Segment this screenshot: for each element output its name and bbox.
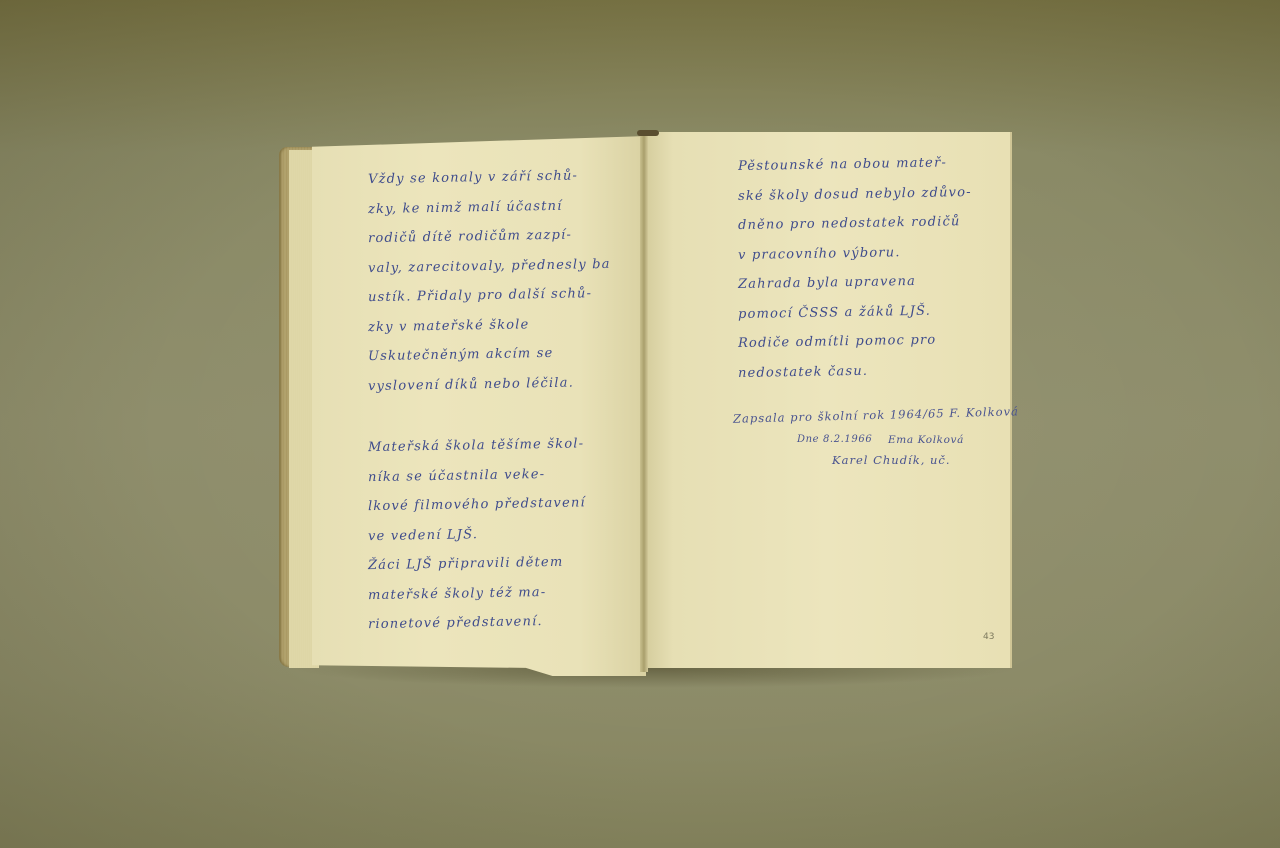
handwritten-line: ustík. Přidaly pro další schů- bbox=[368, 279, 611, 313]
handwritten-line: lkové filmového představení bbox=[368, 488, 611, 522]
handwritten-line: zky v mateřské škole bbox=[368, 308, 611, 342]
handwritten-line: ve vedení LJŠ. bbox=[368, 517, 611, 551]
signature: Karel Chudík, uč. bbox=[832, 453, 951, 467]
page-number: 43 bbox=[983, 632, 994, 642]
book-gutter bbox=[640, 132, 648, 672]
open-book: Vždy se konaly v září schů- zky, ke nimž… bbox=[0, 0, 1280, 848]
handwritten-line: ské školy dosud nebylo zdůvo- bbox=[738, 177, 972, 211]
handwritten-line: Uskutečněným akcím se bbox=[368, 338, 611, 372]
handwritten-line: rionetové představení. bbox=[368, 606, 611, 640]
handwritten-line: Pěstounské na obou mateř- bbox=[738, 148, 972, 182]
handwritten-line: nedostatek času. bbox=[738, 354, 972, 388]
handwritten-line: v pracovního výboru. bbox=[738, 236, 972, 270]
handwritten-line: mateřské školy též ma- bbox=[368, 576, 611, 610]
handwritten-line: pomocí ČSSS a žáků LJŠ. bbox=[738, 295, 972, 329]
handwritten-line: dněno pro nedostatek rodičů bbox=[738, 207, 972, 241]
handwritten-line: Žáci LJŠ připravili dětem bbox=[368, 547, 611, 581]
book-headband bbox=[637, 130, 659, 136]
signature: Ema Kolková bbox=[888, 434, 964, 446]
handwritten-line: rodičů dítě rodičům zazpí- bbox=[368, 220, 611, 254]
right-page-handwriting: Pěstounské na obou mateř- ské školy dosu… bbox=[738, 150, 972, 386]
handwritten-line: Mateřská škola těšíme škol- bbox=[368, 429, 611, 463]
handwritten-line: zky, ke nimž malí účastní bbox=[368, 190, 611, 224]
handwritten-line: Zahrada byla upravena bbox=[738, 266, 972, 300]
handwritten-line: vyslovení díků nebo léčila. bbox=[368, 367, 611, 401]
paragraph-gap bbox=[368, 397, 611, 433]
date-note: Dne 8.2.1966 bbox=[797, 434, 872, 445]
handwritten-line: Vždy se konaly v září schů- bbox=[368, 161, 611, 195]
handwritten-line: Rodiče odmítli pomoc pro bbox=[738, 325, 972, 359]
handwritten-line: níka se účastnila veke- bbox=[368, 458, 611, 492]
handwritten-line: valy, zarecitovaly, přednesly ba bbox=[368, 249, 611, 283]
left-page-handwriting: Vždy se konaly v září schů- zky, ke nimž… bbox=[368, 163, 611, 638]
